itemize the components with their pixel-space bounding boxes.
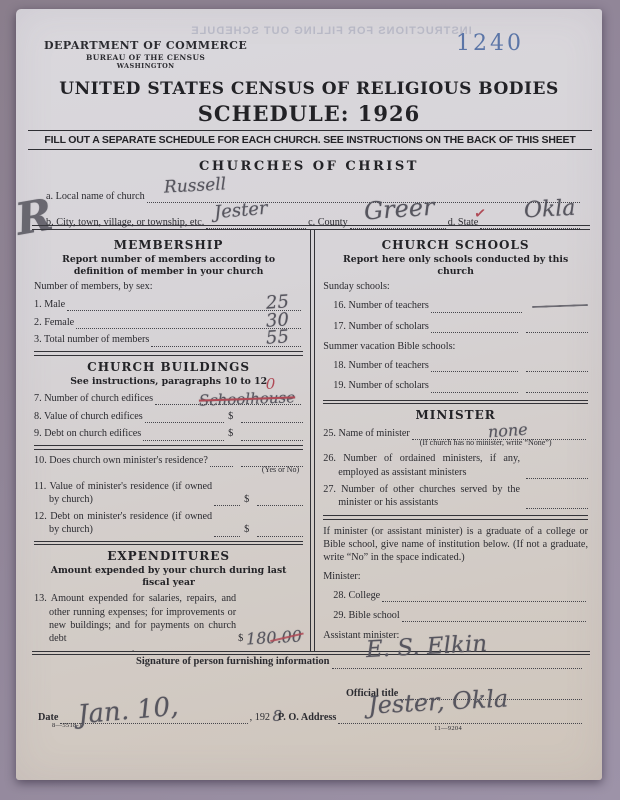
minister-sublabel: Minister: [323, 570, 588, 583]
q12-label: 12. Debt on minister's residence (if own… [34, 510, 212, 537]
expenditures-subtitle: Amount expended by your church during la… [40, 565, 297, 588]
double-rule [32, 225, 590, 230]
year-printed: , 192 [250, 711, 270, 724]
church-schools-heading: CHURCH SCHOOLS [323, 238, 588, 252]
q26-label: 26. Number of ordained ministers, if any… [323, 452, 520, 479]
form-code-right: 11—9204 [434, 725, 462, 733]
church-buildings-heading: CHURCH BUILDINGS [34, 360, 303, 374]
q2-female-row: 2. Female 30 [34, 316, 303, 329]
agency-block: DEPARTMENT OF COMMERCE BUREAU OF THE CEN… [44, 39, 247, 70]
local-name-row: a. Local name of church Russell [46, 190, 582, 203]
q13-value-handwritten: 180.00 [246, 626, 303, 650]
answer-blank [526, 329, 588, 333]
dotted-line [151, 343, 301, 347]
q2-value-handwritten: 30 [266, 308, 290, 333]
dotted-line [145, 419, 224, 423]
dotted-line [400, 696, 582, 700]
answer-blank [526, 368, 588, 372]
sunday-schools-label: Sunday schools: [323, 280, 588, 293]
dotted-line [214, 502, 240, 506]
q2-label: 2. Female [34, 316, 74, 329]
washington-line: WASHINGTON [44, 62, 247, 70]
left-column: MEMBERSHIP Report number of members acco… [34, 230, 310, 651]
q27-other-churches-row: 27. Number of other churches served by t… [323, 483, 588, 510]
double-rule [34, 541, 303, 546]
q7-edifices-row: 7. Number of church edifices Schoolhouse… [34, 392, 303, 405]
q30-college-row: 30. College [323, 649, 588, 651]
local-name-label: a. Local name of church [46, 190, 145, 203]
answer-blank [526, 505, 588, 509]
minister-heading: MINISTER [323, 408, 588, 422]
answer-blank [241, 463, 303, 467]
q27-label: 27. Number of other churches served by t… [323, 483, 520, 510]
answer-blank [241, 419, 303, 423]
q16-label: 16. Number of teachers [323, 299, 429, 312]
q8-value-row: 8. Value of church edifices $ [34, 410, 303, 423]
assistant-sublabel: Assistant minister: [323, 629, 588, 642]
q14-benevolences-row: 14. Amount expended for benevolences, in… [34, 649, 303, 651]
signature-label: Signature of person furnishing informati… [136, 655, 330, 669]
dotted-line [431, 389, 518, 393]
q3-value-handwritten: 55 [266, 326, 290, 351]
q26-ordained-row: 26. Number of ordained ministers, if any… [323, 452, 588, 479]
dotted-line [60, 720, 247, 724]
dotted-line [332, 665, 583, 669]
q28-college-row: 28. College [323, 589, 588, 602]
q13-label: 13. Amount expended for salaries, repair… [34, 592, 236, 645]
dotted-line [67, 307, 301, 311]
expenditures-heading: EXPENDITURES [34, 549, 303, 563]
form-subtitle: SCHEDULE: 1926 [16, 101, 602, 126]
q19-label: 19. Number of scholars [323, 379, 429, 392]
double-rule [34, 351, 303, 356]
official-title-row: Official title [346, 687, 584, 700]
q1-label: 1. Male [34, 298, 65, 311]
dollar-sign: $ [228, 427, 233, 440]
bleed-through-text: INSTRUCTIONS FOR FILLING OUT SCHEDULE [166, 25, 496, 37]
q29-bible-school-row: 29. Bible school [323, 609, 588, 622]
dotted-line [431, 329, 518, 333]
form-body-grid: MEMBERSHIP Report number of members acco… [34, 230, 588, 651]
q8-label: 8. Value of church edifices [34, 410, 143, 423]
graduate-note: If minister (or assistant minister) is a… [323, 525, 588, 565]
q10-residence-row: 10. Does church own minister's residence… [34, 454, 303, 467]
dollar-sign: $ [228, 410, 233, 423]
bureau-line: BUREAU OF THE CENSUS [44, 53, 247, 62]
denomination-heading: CHURCHES OF CHRIST [16, 159, 602, 174]
dotted-line [338, 720, 582, 724]
dotted-line [412, 436, 586, 440]
dotted-line [143, 437, 224, 441]
department-line: DEPARTMENT OF COMMERCE [44, 39, 247, 52]
dollar-sign: $ [238, 632, 243, 645]
q1-value-handwritten: 25 [266, 290, 290, 315]
answer-blank [526, 475, 588, 479]
double-rule [323, 400, 588, 405]
q1-male-row: 1. Male 25 [34, 298, 303, 311]
po-address-row: P. O. Address Jester, Okla [278, 711, 584, 724]
instruction-banner: FILL OUT A SEPARATE SCHEDULE FOR EACH CH… [28, 130, 592, 150]
q11-value-residence-row: 11. Value of minister's residence (if ow… [34, 480, 303, 507]
q13-salaries-row: 13. Amount expended for salaries, repair… [34, 592, 303, 645]
answer-blank [241, 437, 303, 441]
answer-blank [526, 389, 588, 393]
q7-value-handwritten: Schoolhouse [199, 388, 296, 411]
q9-label: 9. Debt on church edifices [34, 427, 141, 440]
q30-label: 30. College [323, 649, 380, 651]
form-title: UNITED STATES CENSUS OF RELIGIOUS BODIES [16, 79, 602, 99]
dotted-line [214, 533, 240, 537]
q19-scholars-row: 19. Number of scholars [323, 379, 588, 392]
local-name-handwritten: Russell [163, 173, 226, 198]
q25-name-row: 25. Name of minister none [323, 427, 588, 440]
membership-heading: MEMBERSHIP [34, 238, 303, 252]
right-column: CHURCH SCHOOLS Report here only schools … [315, 230, 588, 651]
q7-label: 7. Number of church edifices [34, 392, 153, 405]
dotted-line [210, 463, 233, 467]
double-rule [34, 445, 303, 450]
double-rule [323, 515, 588, 520]
q12-debt-residence-row: 12. Debt on minister's residence (if own… [34, 510, 303, 537]
church-schools-subtitle: Report here only schools conducted by th… [329, 254, 582, 277]
q25-label: 25. Name of minister [323, 427, 410, 440]
answer-blank [257, 533, 303, 537]
church-buildings-subtitle: See instructions, paragraphs 10 to 12 [40, 376, 297, 388]
membership-subtitle: Report number of members according to de… [40, 254, 297, 277]
q18-teachers-row: 18. Number of teachers [323, 359, 588, 372]
q18-label: 18. Number of teachers [323, 359, 429, 372]
dotted-line [147, 199, 580, 203]
dollar-sign: $ [244, 493, 249, 506]
q17-label: 17. Number of scholars [323, 320, 429, 333]
dollar-sign: $ [244, 523, 249, 536]
q3-total-row: 3. Total number of members 55 [34, 333, 303, 346]
po-address-label: P. O. Address [278, 711, 336, 724]
q16-teachers-row: 16. Number of teachers [323, 299, 588, 312]
signature-row: Signature of person furnishing informati… [136, 655, 584, 669]
dotted-line [402, 618, 586, 622]
dotted-line [155, 401, 301, 405]
dotted-line [431, 368, 518, 372]
q7-red-correction: 0 [266, 375, 276, 393]
dotted-line [76, 325, 301, 329]
census-form-page: INSTRUCTIONS FOR FILLING OUT SCHEDULE 12… [16, 9, 602, 780]
official-title-label: Official title [346, 687, 398, 700]
form-code-left: 8—5518-1 [52, 722, 83, 730]
q17-scholars-row: 17. Number of scholars [323, 320, 588, 333]
red-check-mark: ✓ [473, 205, 487, 225]
q14-label: 14. Amount expended for benevolences, in… [34, 649, 246, 651]
summer-schools-label: Summer vacation Bible schools: [323, 340, 588, 353]
q29-label: 29. Bible school [323, 609, 400, 622]
serial-number-stamp: 1240 [456, 31, 524, 56]
answer-blank [257, 502, 303, 506]
membership-intro: Number of members, by sex: [34, 280, 303, 293]
q11-label: 11. Value of minister's residence (if ow… [34, 480, 212, 507]
q28-label: 28. College [323, 589, 380, 602]
dotted-line [431, 309, 522, 313]
pencil-dash-mark [532, 304, 588, 308]
q9-debt-row: 9. Debt on church edifices $ [34, 427, 303, 440]
q10-label: 10. Does church own minister's residence… [34, 454, 208, 467]
dotted-line [382, 598, 586, 602]
q3-label: 3. Total number of members [34, 333, 149, 346]
